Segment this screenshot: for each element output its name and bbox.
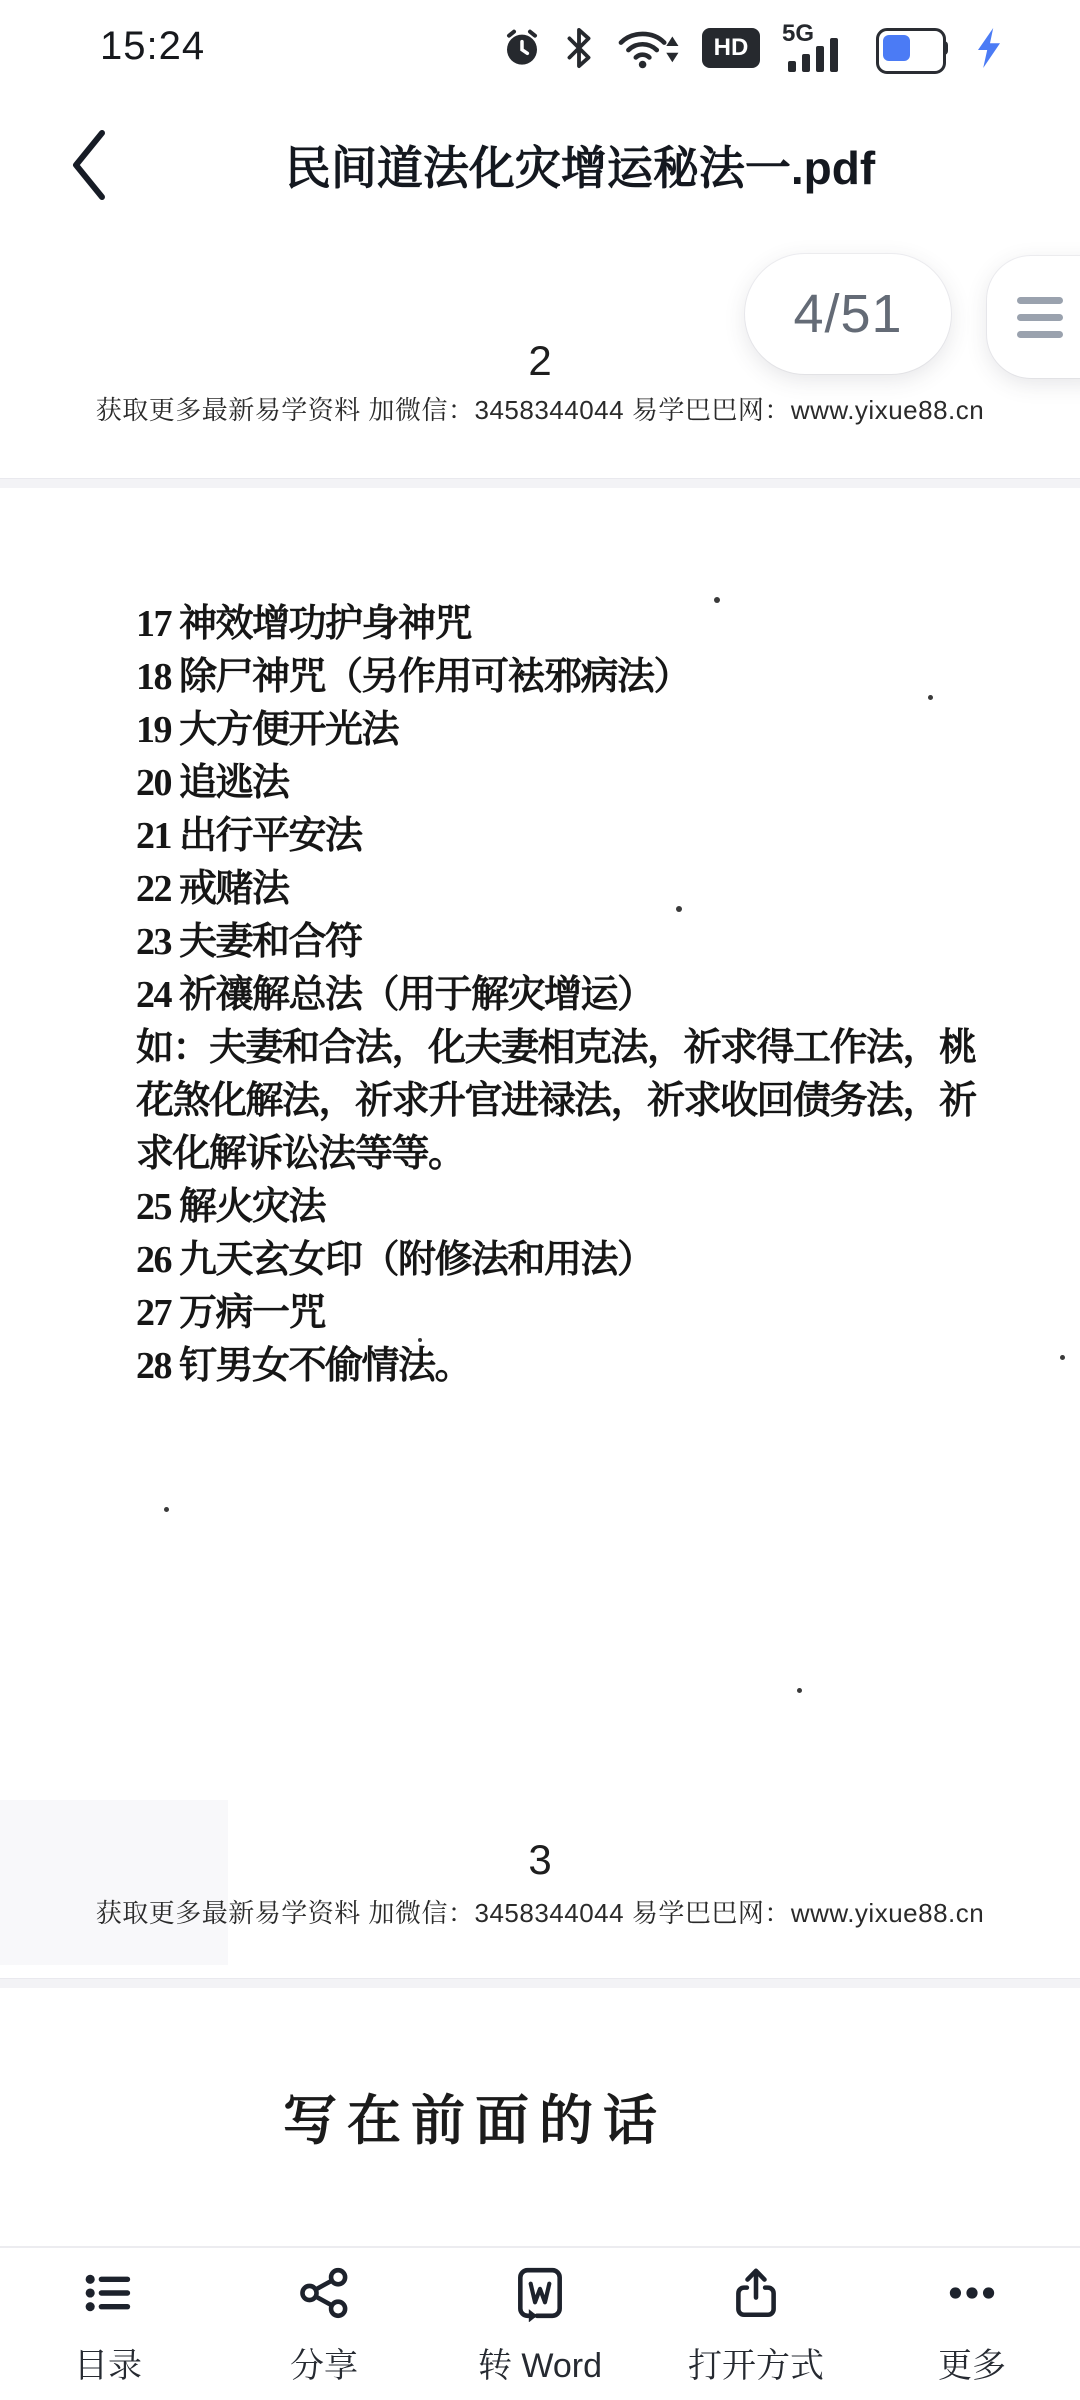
page2-footer: 获取更多最新易学资料 加微信：3458344044 易学巴巴网：www.yixu…	[0, 390, 1080, 427]
toolbar-label: 打开方式	[688, 2338, 824, 2387]
5g-signal-icon: 5G	[782, 22, 854, 74]
page3-footer: 获取更多最新易学资料 加微信：3458344044 易学巴巴网：www.yixu…	[0, 1893, 1080, 1930]
toolbar-item-open-with[interactable]: 打开方式	[648, 2248, 864, 2400]
page3-toc-lines: 17 神效增功护身神咒 18 除尸神咒（另作用可袪邪病法） 19 大方便开光法 …	[136, 598, 960, 1393]
page-separator	[0, 478, 1080, 488]
toc-line: 如：夫妻和合法，化夫妻相克法，祈求得工作法，桃	[136, 1022, 960, 1075]
toc-line: 21 出行平安法	[136, 810, 960, 863]
page-indicator-pill[interactable]: 4/51	[745, 254, 951, 374]
bluetooth-icon	[564, 27, 594, 69]
header-bar: 民间道法化灾增运秘法一.pdf	[0, 92, 1080, 240]
toc-line: 18 除尸神咒（另作用可袪邪病法）	[136, 651, 960, 704]
toolbar-item-share[interactable]: 分享	[216, 2248, 432, 2400]
back-button[interactable]	[48, 118, 128, 212]
battery-charging-icon	[876, 28, 954, 68]
more-dots-icon	[943, 2262, 1001, 2324]
toolbar-item-more[interactable]: 更多	[864, 2248, 1080, 2400]
toc-line: 26 九天玄女印（附修法和用法）	[136, 1234, 960, 1287]
back-chevron-icon	[66, 125, 110, 205]
toolbar-label: 目录	[74, 2338, 142, 2387]
toc-line: 28 钉男女不偷情法。	[136, 1340, 960, 1393]
toc-line: 23 夫妻和合符	[136, 916, 960, 969]
toc-list-icon	[79, 2262, 137, 2324]
hd-badge-icon: HD	[702, 28, 760, 68]
word-convert-icon	[511, 2262, 569, 2324]
reading-menu-button[interactable]	[987, 256, 1080, 378]
page-separator	[0, 1978, 1080, 1988]
page3-number: 3	[0, 1836, 1080, 1884]
status-bar: 15:24 HD 5G	[0, 0, 1080, 92]
toolbar-label: 更多	[938, 2338, 1006, 2387]
wifi-data-icon	[616, 25, 680, 71]
status-icons: HD 5G	[502, 22, 1002, 74]
share-nodes-icon	[295, 2262, 353, 2324]
toc-line: 24 祈禳解总法（用于解灾增运）	[136, 969, 960, 1022]
toolbar-item-toc[interactable]: 目录	[0, 2248, 216, 2400]
toc-line: 求化解诉讼法等等。	[136, 1128, 960, 1181]
toc-line: 19 大方便开光法	[136, 704, 960, 757]
status-time: 15:24	[100, 24, 205, 69]
toc-line: 花煞化解法，祈求升官进禄法，祈求收回债务法，祈	[136, 1075, 960, 1128]
charging-bolt-icon	[976, 28, 1002, 68]
toolbar-label: 转 Word	[478, 2338, 602, 2387]
toolbar-item-convert-word[interactable]: 转 Word	[432, 2248, 648, 2400]
toc-line: 27 万病一咒	[136, 1287, 960, 1340]
toc-line: 20 追逃法	[136, 757, 960, 810]
bottom-toolbar: 目录 分享 转 Word	[0, 2246, 1080, 2400]
toc-line: 22 戒赌法	[136, 863, 960, 916]
pdf-viewport[interactable]: 2 获取更多最新易学资料 加微信：3458344044 易学巴巴网：www.yi…	[0, 238, 1080, 2246]
hamburger-icon	[1017, 297, 1063, 304]
document-title: 民间道法化灾增运秘法一.pdf	[130, 92, 1030, 238]
toc-line: 17 神效增功护身神咒	[136, 598, 960, 651]
open-with-icon	[727, 2262, 785, 2324]
alarm-clock-icon	[502, 28, 542, 68]
toolbar-label: 分享	[290, 2338, 358, 2387]
page4-heading: 写在前面的话	[283, 2078, 667, 2155]
toc-line: 25 解火灾法	[136, 1181, 960, 1234]
signal-bars	[788, 38, 838, 72]
